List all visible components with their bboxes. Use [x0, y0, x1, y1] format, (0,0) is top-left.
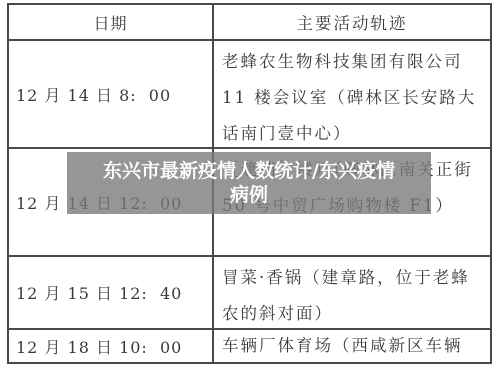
row-activity: 冒菜·香锅（建章路，位于老蜂农的斜对面）: [214, 257, 490, 328]
row-activity: 老蜂农生物科技集团有限公司 11 楼会议室（碑林区长安路大话南门壹中心）: [214, 41, 490, 147]
table-header-row: 日期 主要活动轨迹: [9, 5, 490, 41]
row-date: 12 月 18 日 10: 00: [9, 330, 214, 362]
row-activity: 车辆厂体育场（西咸新区车辆厂）: [214, 330, 490, 362]
table-row: 12 月 14 日 8: 00 老蜂农生物科技集团有限公司 11 楼会议室（碑林…: [9, 41, 490, 149]
overlay-title-line2: 病例: [230, 183, 268, 207]
table-row: 12 月 15 日 12: 40 冒菜·香锅（建章路，位于老蜂农的斜对面）: [9, 257, 490, 330]
row-date: 12 月 14 日 8: 00: [9, 41, 214, 147]
table-row: 12 月 18 日 10: 00 车辆厂体育场（西咸新区车辆厂）: [9, 330, 490, 362]
title-overlay-banner: 东兴市最新疫情人数统计/东兴疫情 病例: [67, 152, 431, 214]
header-activity: 主要活动轨迹: [214, 5, 490, 39]
overlay-title-line1: 东兴市最新疫情人数统计/东兴疫情: [103, 159, 395, 183]
header-date: 日期: [9, 5, 214, 39]
row-date: 12 月 15 日 12: 40: [9, 257, 214, 328]
